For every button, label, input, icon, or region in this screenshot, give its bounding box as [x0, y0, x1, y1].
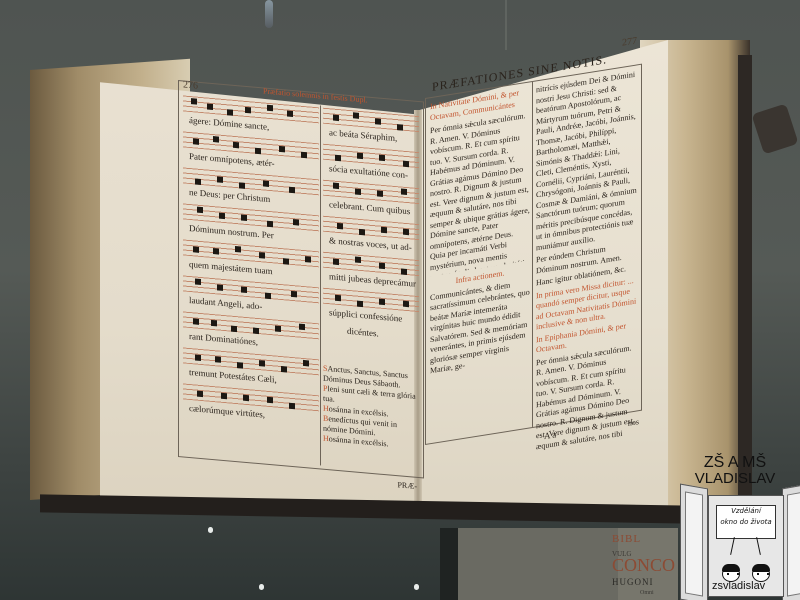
book-cover-right — [738, 55, 752, 515]
school-logo-watermark: ZŠ A MŠ VLADISLAV Vzdělání okno do život… — [670, 450, 800, 600]
label-line: BIBL — [612, 533, 641, 545]
book-clasp — [751, 103, 798, 154]
right-page-content: 277 PRÆFATIONES SINE NOTIS. In Nativitat… — [425, 64, 642, 445]
label-line: Omni — [640, 590, 654, 596]
column-divider — [532, 82, 533, 427]
light-reflection — [259, 584, 264, 590]
text-column-left: In Nativitate Dómini, & per Octavam, Com… — [430, 86, 530, 376]
board-text-line1: Vzdělání — [717, 506, 775, 517]
left-page-catchword: PRÆ- — [397, 480, 417, 491]
board-text-line2: okno do života — [717, 517, 775, 528]
left-page-content: 276 Præfatio solemnis in festis Dupl. ág… — [178, 80, 424, 479]
lyric-line: ac beáta Séraphim, — [329, 127, 397, 143]
prayer-text: nitrícis ejúsdem Dei & Dómini nostri Jes… — [536, 69, 638, 253]
logo-url: zsvladislav — [712, 580, 765, 592]
label-line: CONCO — [612, 555, 675, 576]
prayer-text: Communicántes, & diem sacratíssimum cele… — [430, 277, 530, 377]
right-page-catchword: nos — [628, 417, 639, 428]
open-book: 276 Præfatio solemnis in festis Dupl. ág… — [0, 0, 800, 520]
right-page-number: 277 — [622, 35, 637, 48]
display-shadow — [440, 528, 458, 600]
lyric-line: rant Dominatiónes, — [189, 331, 258, 347]
label-line: HUGONI — [612, 577, 654, 587]
window-shutter-right-icon — [782, 484, 800, 600]
sanctus-text: SAnctus, Sanctus, Sanctus Dóminus Deus S… — [323, 364, 421, 453]
easel-board-icon: Vzdělání okno do života — [716, 505, 776, 539]
light-reflection — [414, 584, 419, 590]
music-column-2: ac beáta Séraphim, sócia exultatióne con… — [323, 106, 419, 354]
prayer-text: Per ómnia sǽcula sæculórum. R. Amen. V. … — [430, 110, 530, 276]
light-reflection — [208, 527, 213, 533]
lyric-line: dicéntes. — [347, 326, 379, 339]
signature-mark: A a — [544, 429, 556, 441]
left-page-number: 276 — [183, 79, 198, 91]
window-shutter-left-icon — [680, 484, 708, 600]
column-divider — [320, 105, 321, 465]
music-column-1: ágere: Dómine sancte, Pater omnípotens, … — [183, 93, 319, 429]
text-column-right: nitrícis ejúsdem Dei & Dómini nostri Jes… — [536, 69, 638, 453]
